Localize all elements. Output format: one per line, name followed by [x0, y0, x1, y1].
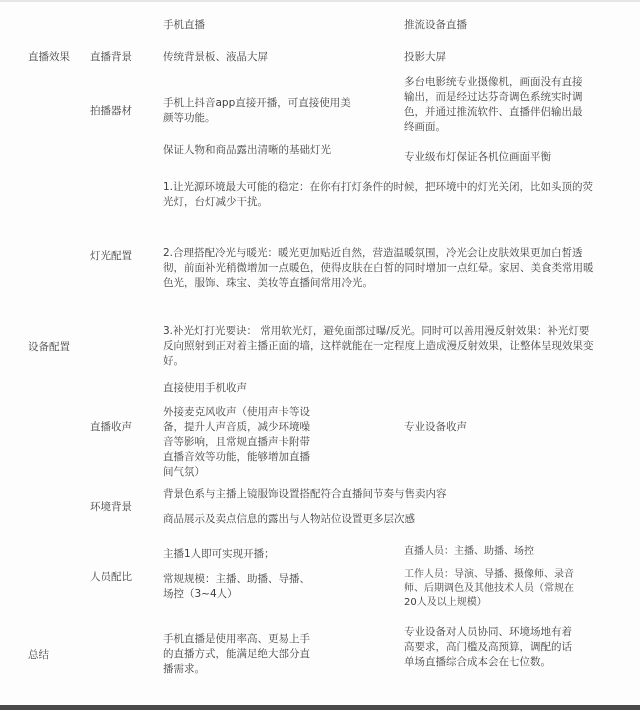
section-label-summary: 总结: [28, 648, 49, 663]
row-label-lighting: 灯光配置: [90, 249, 132, 264]
cell-summary-streaming: 专业设备对人员协同、环境场地有着高要求，高门槛及高预算，调配的话单场直播综合成本…: [404, 625, 574, 670]
cell-staff-streaming-2: 工作人员：导演、导播、摄像师、录音师、后期调色及其他技术人员（常规在20人及以上…: [404, 568, 580, 610]
cell-background-streaming: 投影大屏: [404, 50, 592, 65]
bottom-edge-bar: [0, 705, 640, 710]
cell-staff-streaming-1: 直播人员：主播、助播、场控: [404, 545, 592, 559]
row-label-environment: 环境背景: [90, 500, 132, 515]
section-label-effect: 直播效果: [28, 50, 70, 65]
cell-equipment-mobile: 手机上抖音app直接开播，可直接使用美颜等功能。: [163, 96, 353, 126]
environment-line-1: 背景色系与主播上镜服饰设置搭配符合直播间节奏与售卖内容: [163, 487, 595, 502]
cell-equipment-streaming: 多台电影统专业摄像机，画面没有直接输出，而是经过达芬奇调色系统实时调色，并通过推…: [404, 75, 592, 135]
lighting-tip-2: 2.合理搭配冷光与暖光：暖光更加贴近自然，营造温暖氛围，冷光会让皮肤效果更加白皙…: [163, 246, 595, 291]
cell-staff-mobile-1: 主播1人即可实现开播；: [163, 547, 353, 562]
top-border: [0, 0, 640, 2]
environment-line-2: 商品展示及卖点信息的露出与人物站位设置更多层次感: [163, 512, 595, 527]
cell-background-mobile: 传统背景板、液晶大屏: [163, 50, 353, 65]
cell-audio-streaming: 专业设备收声: [404, 420, 592, 435]
cell-audio-mobile-1: 直接使用手机收声: [163, 381, 353, 396]
cell-audio-mobile-2: 外接麦克风收声（使用声卡等设备，提升人声音质，减少环境噪音等影响，且常规直播声卡…: [163, 405, 313, 480]
lighting-tip-3: 3.补光灯打光要诀： 常用软光灯，避免面部过曝/反光。同时可以善用漫反射效果：补…: [163, 324, 595, 369]
header-streaming-live: 推流设备直播: [404, 18, 592, 33]
row-label-equipment: 拍播器材: [90, 104, 132, 119]
section-label-config: 设备配置: [28, 340, 70, 355]
cell-lighting-mobile: 保证人物和商品露出清晰的基础灯光: [163, 143, 353, 158]
header-mobile-live: 手机直播: [163, 18, 353, 33]
cell-lighting-streaming: 专业级布灯保证各机位画面平衡: [404, 150, 592, 165]
lighting-tip-1: 1.让光源环境最大可能的稳定：在你有打灯条件的时候，把环境中的灯光关闭，比如头顶…: [163, 180, 595, 210]
row-label-audio: 直播收声: [90, 420, 132, 435]
row-label-background: 直播背景: [90, 50, 132, 65]
row-label-staffing: 人员配比: [90, 570, 132, 585]
cell-staff-mobile-2: 常规规模：主播、助播、导播、场控（3~4人）: [163, 572, 313, 602]
cell-summary-mobile: 手机直播是使用率高、更易上手的直播方式，能满足绝大部分直播需求。: [163, 632, 313, 677]
